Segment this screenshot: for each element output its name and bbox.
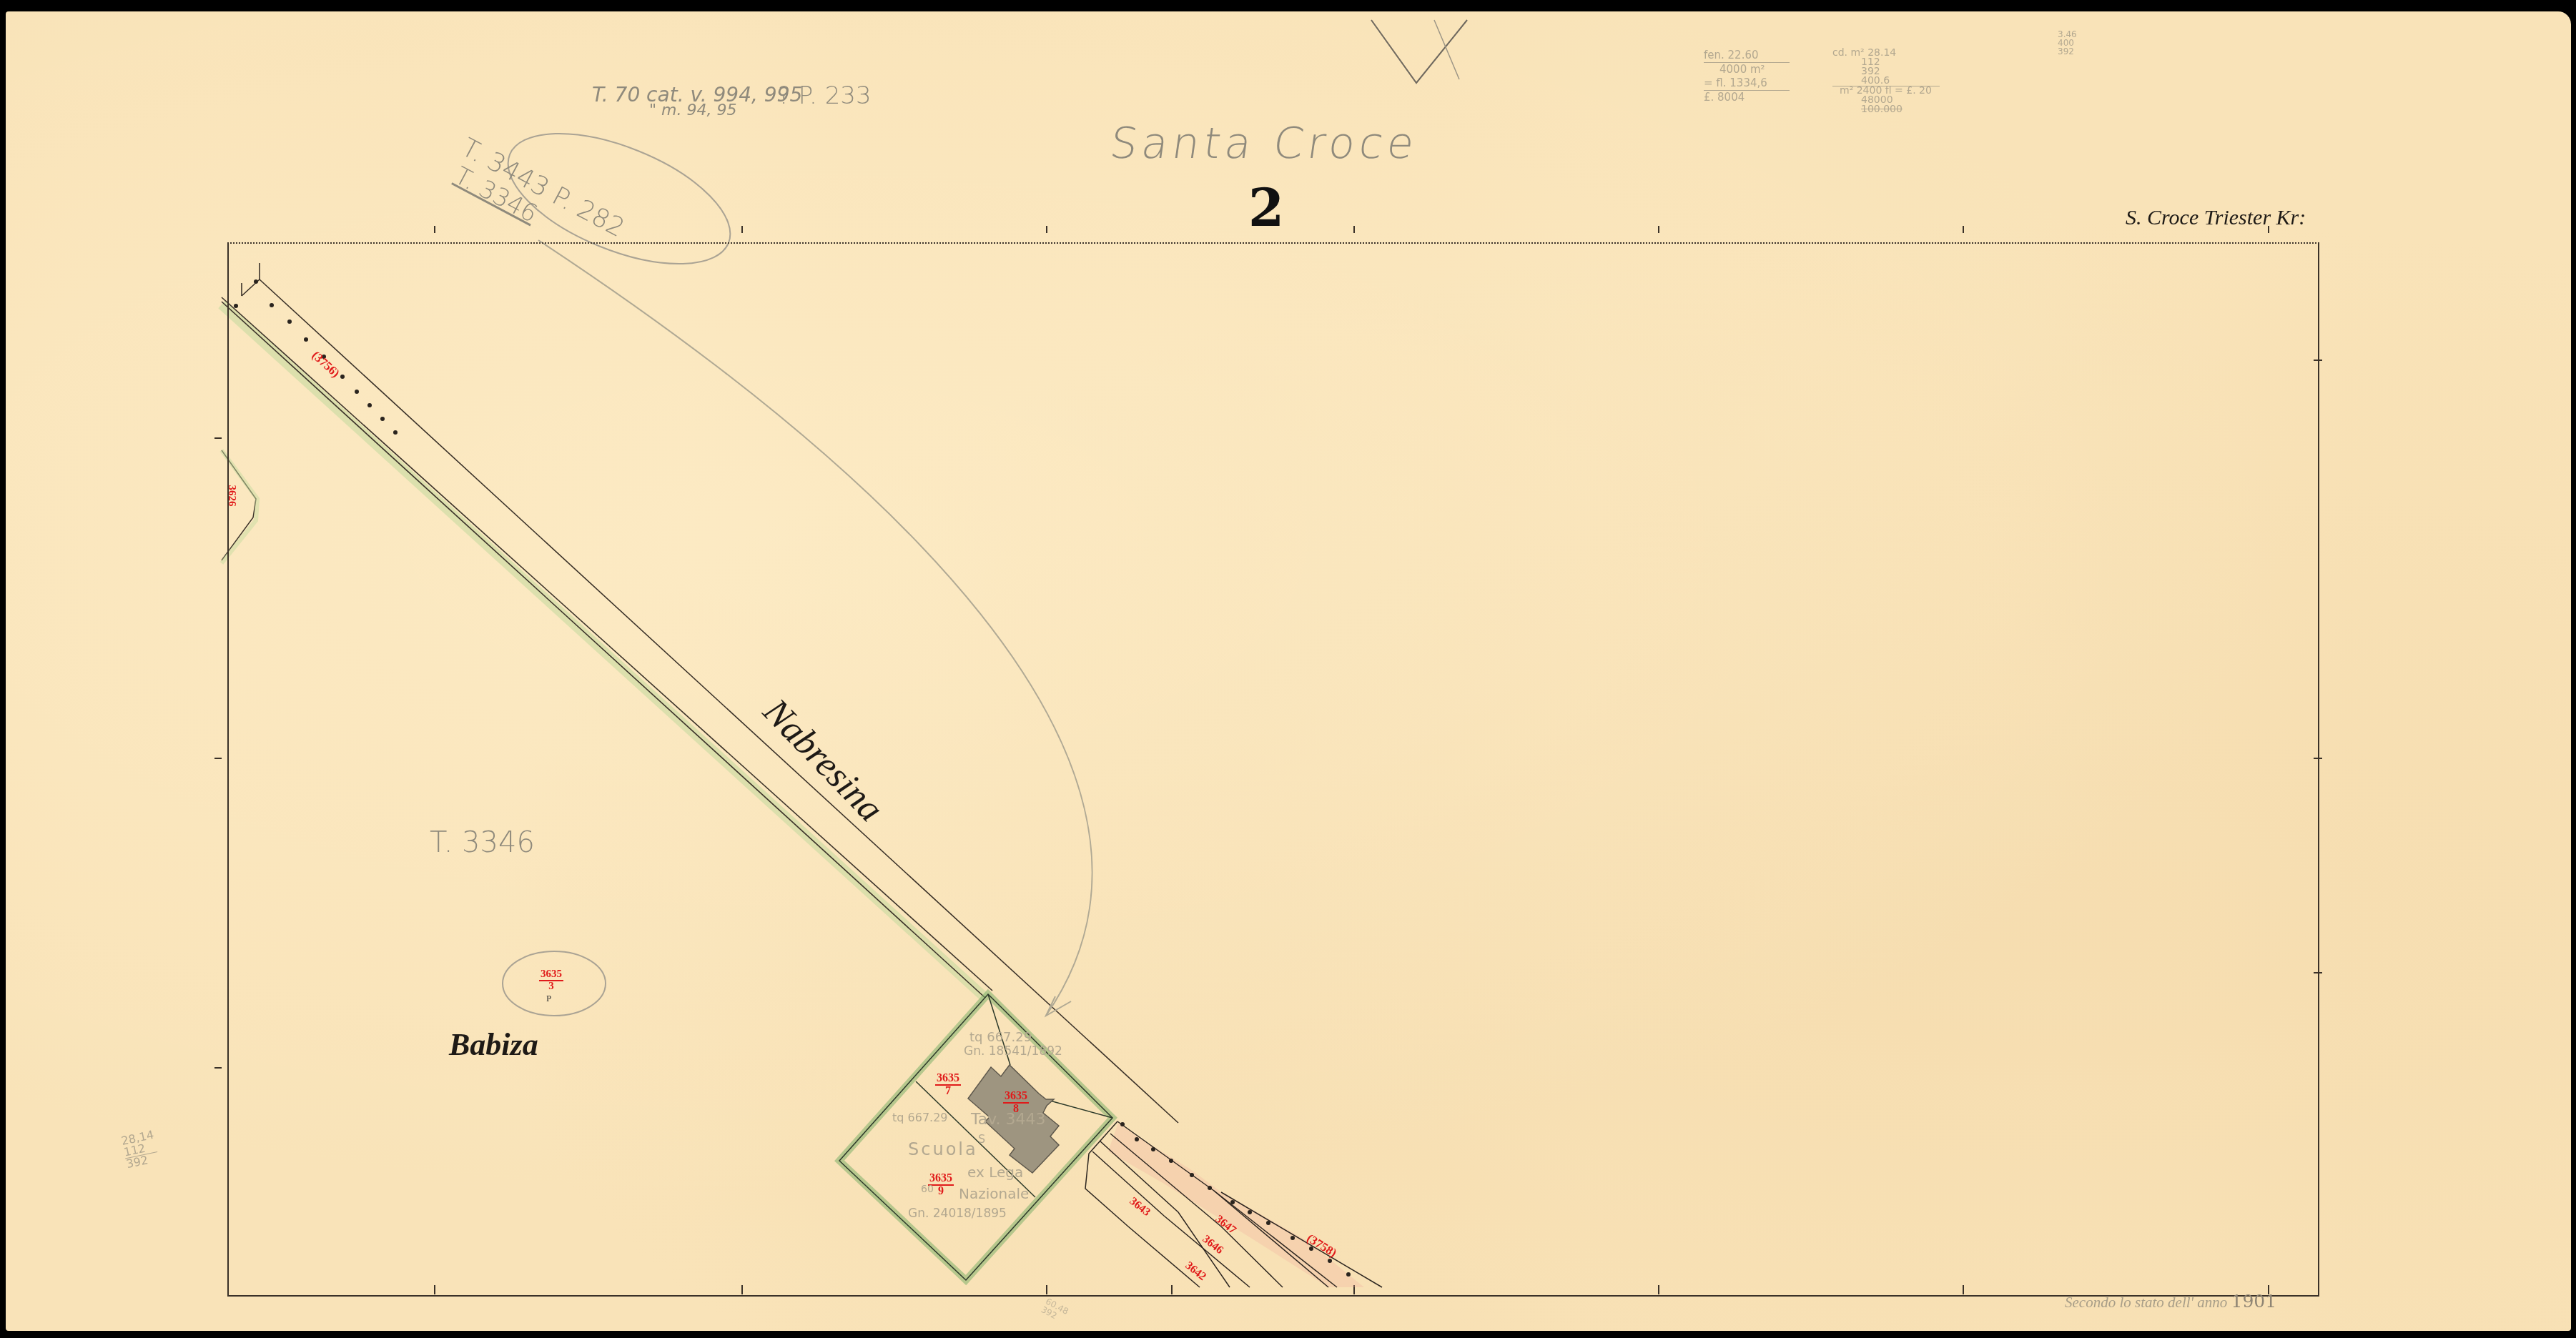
place-name-babiza: Babiza [449,1026,538,1063]
school-nazionale: Nazionale [959,1185,1029,1202]
parcel-label-3635-3[interactable]: 3635 3 [539,969,563,992]
municipality-pencil-title: Santa Croce [1107,119,1421,169]
school-name: Scuola [908,1139,978,1159]
state-year: 1901 [2231,1291,2277,1312]
sheet-number: 2 [1248,177,1284,238]
map-sheet: Santa Croce 2 S. Croce Triester Kr: T. 7… [6,11,2571,1331]
parcel-label-3635-7[interactable]: 3635 7 [935,1073,961,1097]
calc-note-left: fen. 22.60 4000 m² = fl. 1334,6 £. 8004 [1704,49,1790,104]
school-lower-note: tq 667.29 [892,1111,948,1124]
pencil-note-top-line2: " m. 94, 95 [649,101,737,119]
school-gn-lower: Gn. 24018/1895 [908,1206,1007,1221]
school-s-mark: S [978,1132,985,1146]
parcel-mark-p: P [546,993,551,1004]
map-frame [227,242,2319,1297]
calc-note-middle: cd. m² 28.14 112 392 400.6 m² 2400 fl = … [1832,49,1940,114]
cadastral-district: S. Croce Triester Kr: [2126,206,2306,230]
school-lega: ex Lega [967,1164,1023,1181]
parcel-label-3626[interactable]: 3626 [226,485,237,507]
pencil-note-top-ref: ? P. 233 [778,81,872,110]
school-upper-gn: Gn. 18541/1892 [964,1044,1062,1059]
tavola-note: T. 3346 [430,826,535,859]
school-sixty: 60 [921,1184,934,1195]
school-upper-note: tq 667.29 [969,1030,1032,1045]
calc-note-margin-left: 28,14 112 392 [120,1129,159,1170]
school-tav: Tav. 3443 [971,1111,1046,1129]
calc-note-right: 3.46 400 392 [2058,30,2077,56]
state-note: Secondo lo stato dell' anno 1901 [2065,1291,2276,1312]
